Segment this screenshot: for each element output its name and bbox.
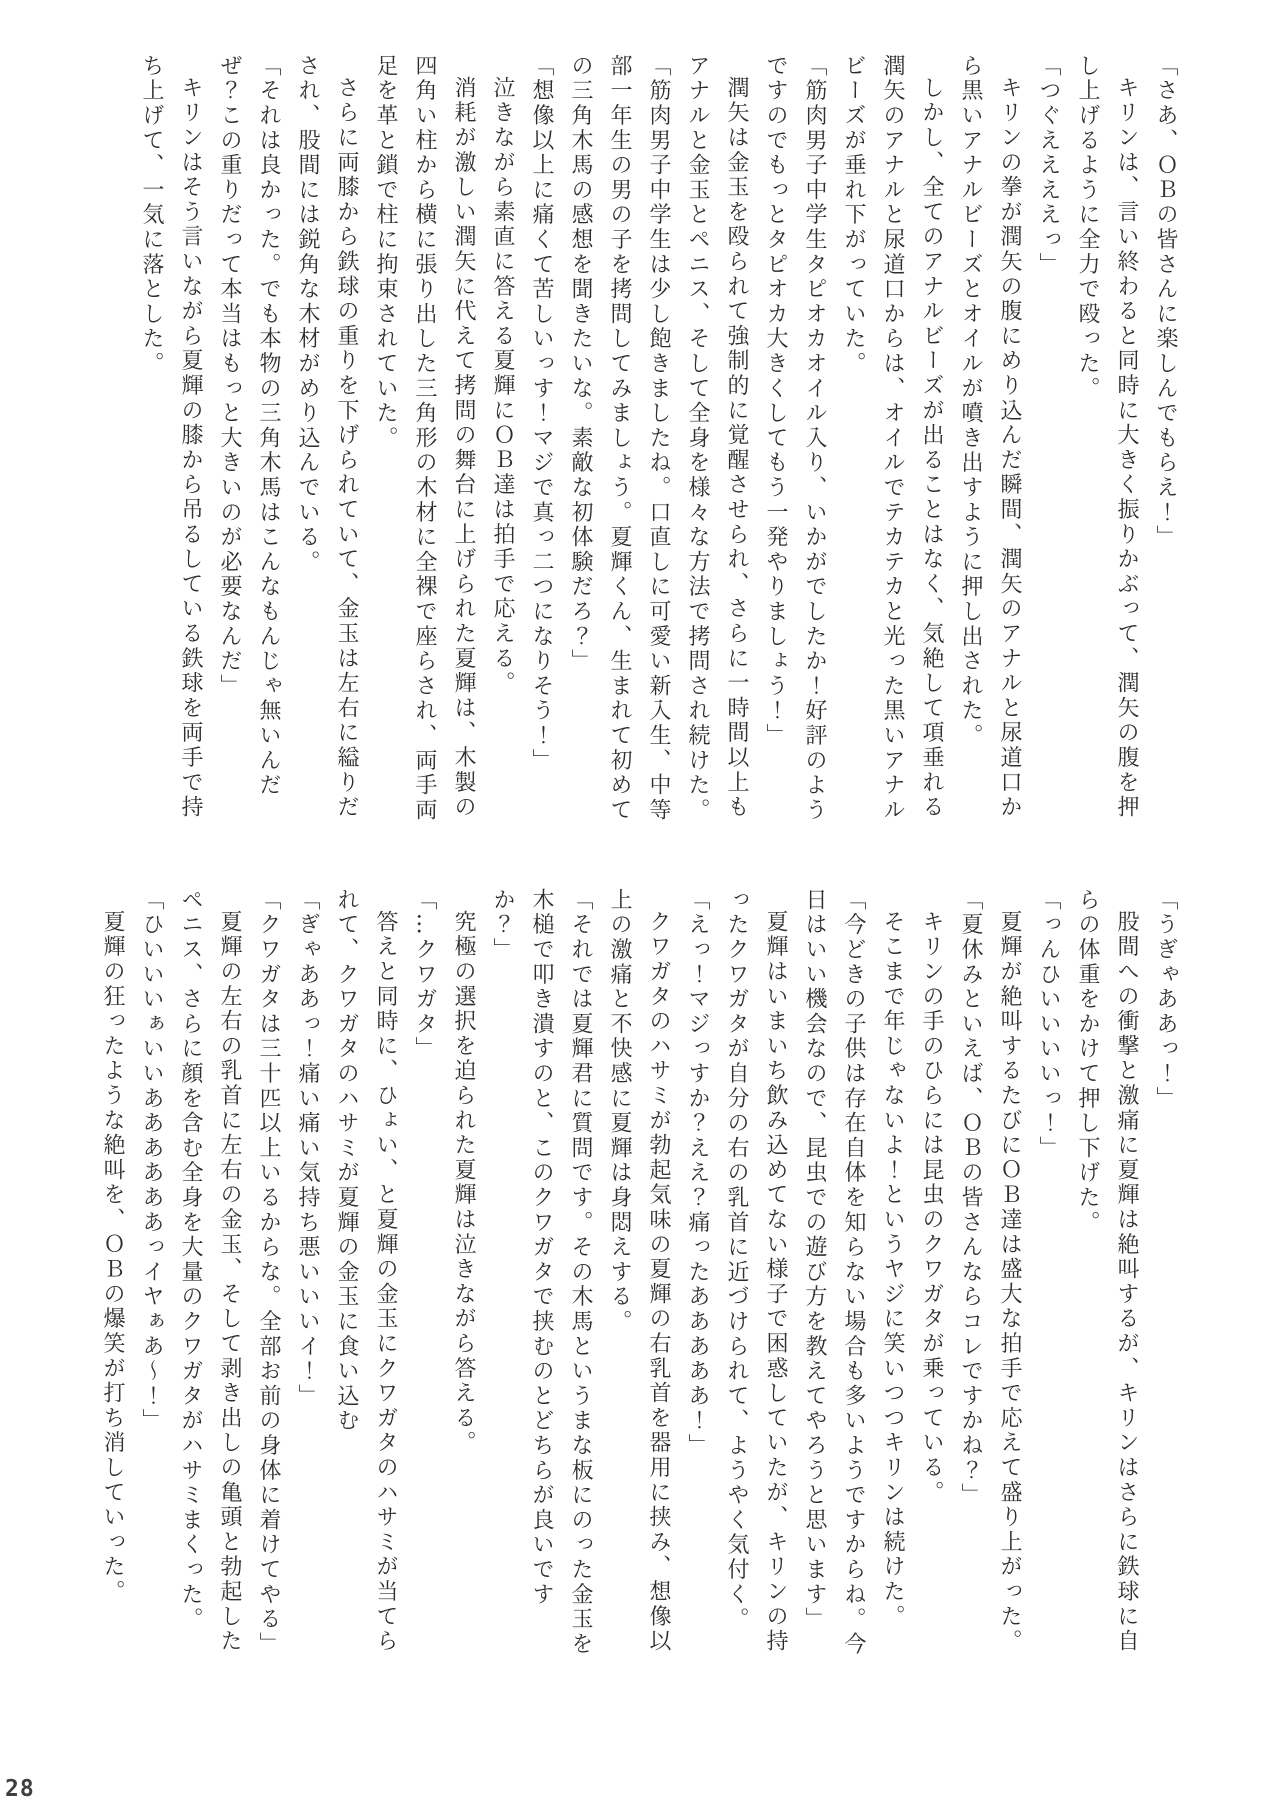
paragraph: しかし、全てのアナルビーズが出ることはなく、気絶して項垂れる潤矢のアナルと尿道口… <box>834 54 951 826</box>
paragraph: 夏輝が絶叫するたびにＯＢ達は盛大な拍手で応えて盛り上がった。 <box>990 888 1029 1660</box>
paragraph: そこまで年じゃないよ！というヤジに笑いつつキリンは続けた。 <box>873 888 912 1660</box>
paragraph: キリンはそう言いながら夏輝の膝から吊るしている鉄球を両手で持ち上げて、一気に落と… <box>132 54 210 826</box>
paragraph: 「ぎゃああっ！痛い痛い気持ち悪いいいイ！」 <box>288 888 327 1660</box>
paragraph: 「今どきの子供は存在自体を知らない場合も多いようですからね。今日はいい機会なので… <box>795 888 873 1660</box>
paragraph: 「筋肉男子中学生タピオカオイル入り、いかがでしたか！好評のようですのでもっとタピ… <box>756 54 834 826</box>
paragraph: 股間への衝撃と激痛に夏輝は絶叫するが、キリンはさらに鉄球に自らの体重をかけて押し… <box>1068 888 1146 1660</box>
paragraph: キリンの手のひらには昆虫のクワガタが乗っている。 <box>912 888 951 1660</box>
paragraph: 「さあ、ＯＢの皆さんに楽しんでもらえ！」 <box>1146 54 1185 826</box>
paragraph: 消耗が激しい潤矢に代えて拷問の舞台に上げられた夏輝は、木製の四角い柱から横に張り… <box>366 54 483 826</box>
paragraph: 「それは良かった。でも本物の三角木馬はこんなもんじゃ無いんだぜ？この重りだって本… <box>210 54 288 826</box>
paragraph: 「えっ！マジっすか？ええ？痛ったあああああ！」 <box>678 888 717 1660</box>
paragraph: 答えと同時に、ひょい、と夏輝の金玉にクワガタのハサミが当てられて、クワガタのハサ… <box>327 888 405 1660</box>
page-number: 28 <box>5 1776 35 1802</box>
paragraph: 「っんひいいいいっ！」 <box>1029 888 1068 1660</box>
paragraph: キリンは、言い終わると同時に大きく振りかぶって、潤矢の腹を押し上げるように全力で… <box>1068 54 1146 826</box>
paragraph: キリンの拳が潤矢の腹にめり込んだ瞬間、潤矢のアナルと尿道口から黒いアナルビーズと… <box>951 54 1029 826</box>
upper-text-block: 「さあ、ＯＢの皆さんに楽しんでもらえ！」キリンは、言い終わると同時に大きく振りか… <box>132 54 1185 826</box>
paragraph: 「…クワガタ」 <box>405 888 444 1660</box>
paragraph: 「それでは夏輝君に質問です。その木馬というまな板にのった金玉を木槌で叩き潰すのと… <box>483 888 600 1660</box>
paragraph: 「つぐええええっ」 <box>1029 54 1068 826</box>
paragraph: クワガタのハサミが勃起気味の夏輝の右乳首を器用に挟み、想像以上の激痛と不快感に夏… <box>600 888 678 1660</box>
paragraph: 「うぎゃああっ！」 <box>1146 888 1185 1660</box>
paragraph: 「夏休みといえば、ＯＢの皆さんならコレですかね？」 <box>951 888 990 1660</box>
paragraph: 夏輝の左右の乳首に左右の金玉、そして剥き出しの亀頭と勃起したペニス、さらに顔を含… <box>171 888 249 1660</box>
paragraph: 泣きながら素直に答える夏輝にＯＢ達は拍手で応える。 <box>483 54 522 826</box>
paragraph: 夏輝の狂ったような絶叫を、ＯＢの爆笑が打ち消していった。 <box>93 888 132 1660</box>
paragraph: 「クワガタは三十匹以上いるからな。全部お前の身体に着けてやる」 <box>249 888 288 1660</box>
novel-page: 「さあ、ＯＢの皆さんに楽しんでもらえ！」キリンは、言い終わると同時に大きく振りか… <box>0 0 1280 1807</box>
paragraph: 「想像以上に痛くて苦しいっす！マジで真っ二つになりそう！」 <box>522 54 561 826</box>
paragraph: 「筋肉男子中学生は少し飽きましたね。口直しに可愛い新入生、中等部一年生の男の子を… <box>561 54 678 826</box>
paragraph: 夏輝はいまいち飲み込めてない様子で困惑していたが、キリンの持ったクワガタが自分の… <box>717 888 795 1660</box>
paragraph: 究極の選択を迫られた夏輝は泣きながら答える。 <box>444 888 483 1660</box>
paragraph: 潤矢は金玉を殴られて強制的に覚醒させられ、さらに一時間以上もアナルと金玉とペニス… <box>678 54 756 826</box>
paragraph: さらに両膝から鉄球の重りを下げられていて、金玉は左右に縊りだされ、股間には鋭角な… <box>288 54 366 826</box>
paragraph: 「ひいいいぁいいああああああっイヤぁあ〜！」 <box>132 888 171 1660</box>
lower-text-block: 「うぎゃああっ！」股間への衝撃と激痛に夏輝は絶叫するが、キリンはさらに鉄球に自ら… <box>93 888 1185 1660</box>
